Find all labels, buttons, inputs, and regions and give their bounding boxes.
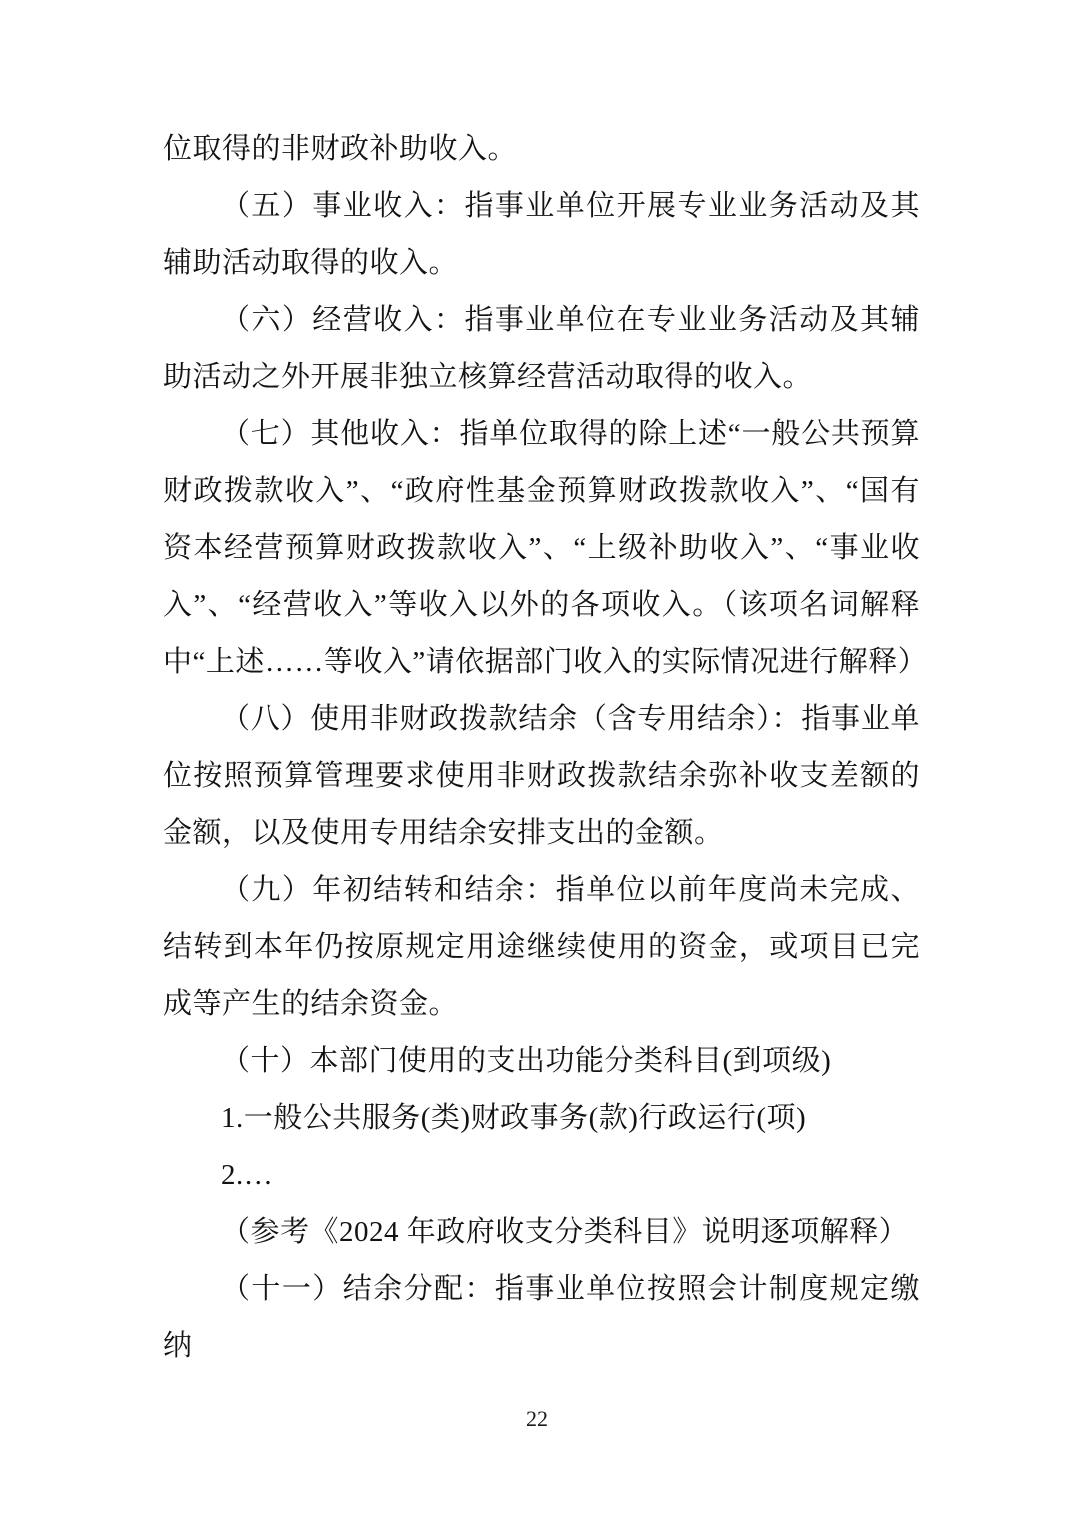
paragraph: 位取得的非财政补助收入。 [163, 121, 920, 178]
paragraph: 1.一般公共服务(类)财政事务(款)行政运行(项) [163, 1090, 920, 1147]
paragraph: （十）本部门使用的支出功能分类科目(到项级) [163, 1033, 920, 1090]
page-footer: 22 [0, 1405, 1074, 1433]
paragraph: （五）事业收入：指事业单位开展专业业务活动及其辅助活动取得的收入。 [163, 178, 920, 292]
paragraph: （六）经营收入：指事业单位在专业业务活动及其辅助活动之外开展非独立核算经营活动取… [163, 292, 920, 406]
paragraph: （八）使用非财政拨款结余（含专用结余）：指事业单位按照预算管理要求使用非财政拨款… [163, 691, 920, 862]
paragraph: （参考《2024 年政府收支分类科目》说明逐项解释） [163, 1204, 920, 1261]
paragraph: 2.… [163, 1147, 920, 1204]
paragraph: （七）其他收入：指单位取得的除上述“一般公共预算财政拨款收入”、“政府性基金预算… [163, 406, 920, 691]
paragraph: （十一）结余分配：指事业单位按照会计制度规定缴纳 [163, 1261, 920, 1375]
paragraph: （九）年初结转和结余：指单位以前年度尚未完成、结转到本年仍按原规定用途继续使用的… [163, 862, 920, 1033]
document-page: 位取得的非财政补助收入。（五）事业收入：指事业单位开展专业业务活动及其辅助活动取… [0, 0, 1074, 1520]
document-body: 位取得的非财政补助收入。（五）事业收入：指事业单位开展专业业务活动及其辅助活动取… [163, 121, 920, 1375]
page-number: 22 [526, 1406, 548, 1431]
